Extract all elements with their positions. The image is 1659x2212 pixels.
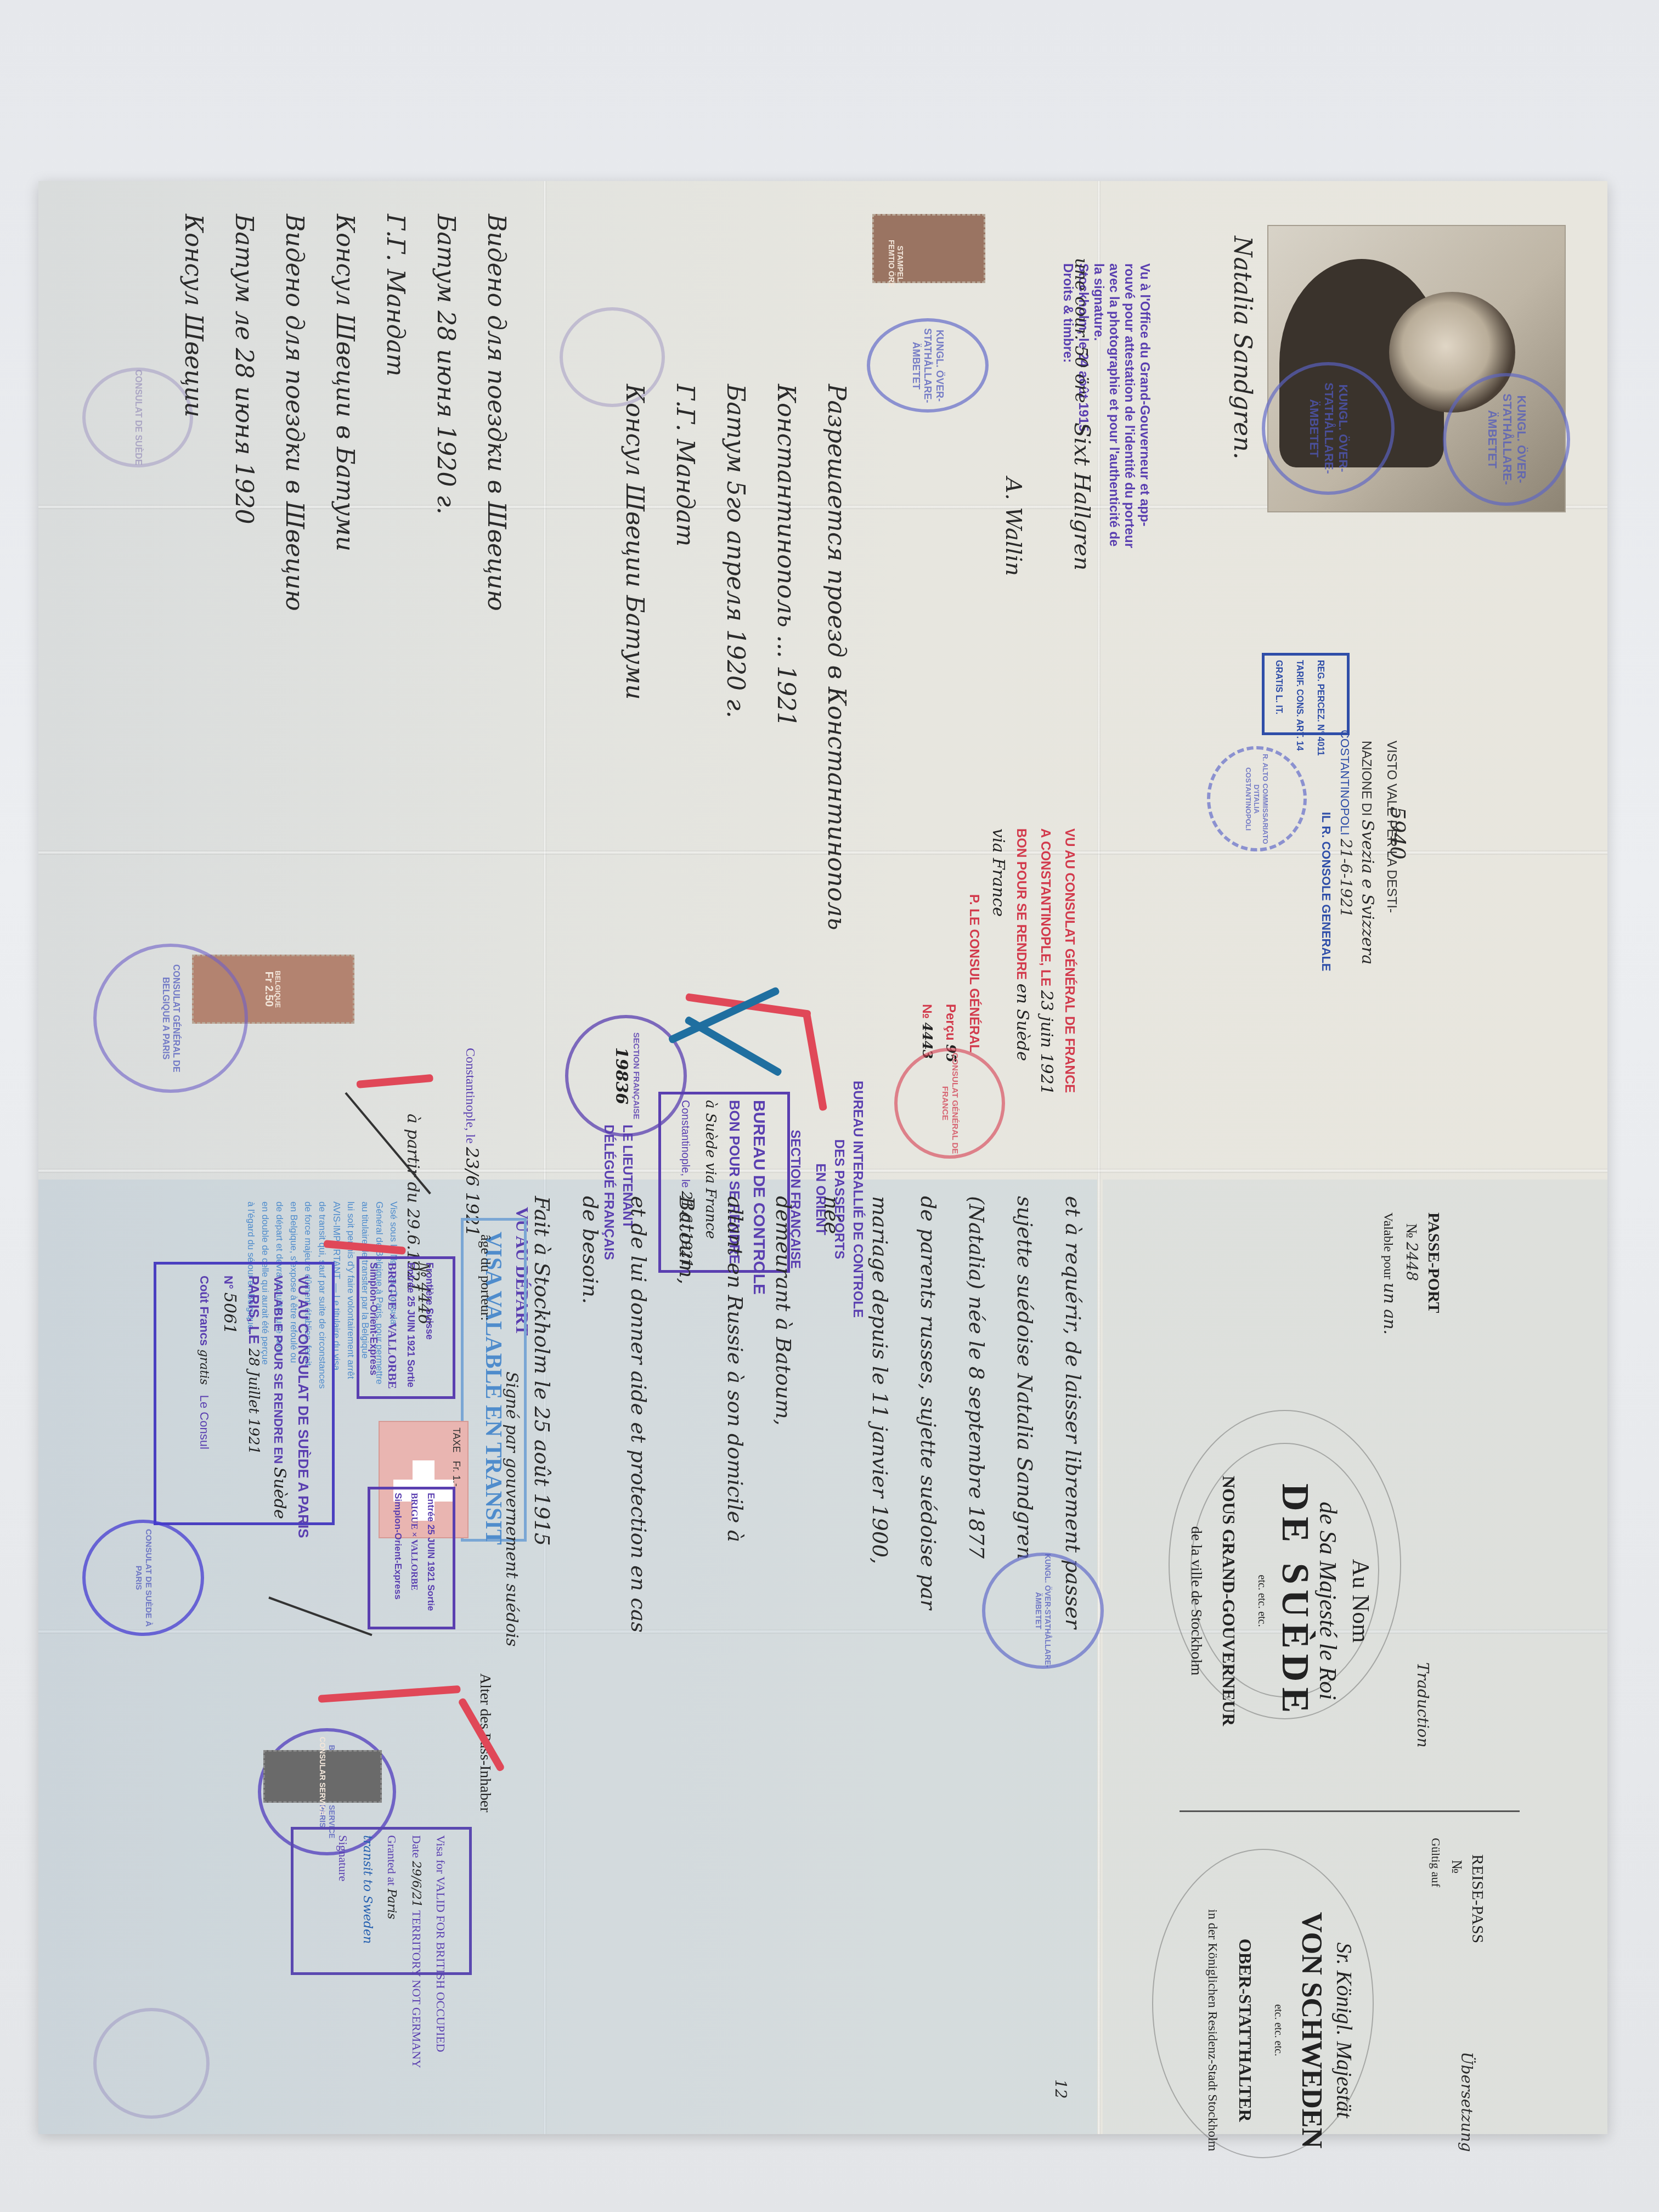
british-visa-purpose: transit to Sweden bbox=[355, 1835, 379, 2068]
divider-line bbox=[1180, 1810, 1520, 1812]
french-visa-line: VU AU CONSULAT GÉNÉRAL DE FRANCE bbox=[1058, 828, 1081, 1095]
note-line: Консул Швеции Батуми bbox=[609, 384, 659, 930]
body-line: mariage depuis le 11 janvier 1900, bbox=[856, 1196, 904, 1633]
bearer-age-label: âge du porteur: bbox=[477, 1234, 494, 1321]
red-pencil-mark bbox=[356, 1074, 433, 1088]
italian-visa-line-2: NAZIONE DI Svezia e Svizzera bbox=[1358, 741, 1377, 964]
note-line: Константинополь ... 1921 bbox=[760, 384, 811, 930]
office-stamp-line: avec la photographie et pour l'authentic… bbox=[1106, 263, 1121, 548]
signature-official-1: Sixt Hallgren bbox=[1069, 422, 1094, 571]
tax-stamp-title: TAXE bbox=[451, 1427, 462, 1453]
note-line: Г.Г. Мандат bbox=[370, 214, 420, 611]
cover-heading-line: Au Nom bbox=[1344, 1476, 1377, 1726]
cover-heading-line: de la ville de Stockholm bbox=[1180, 1476, 1212, 1726]
blue-pencil-mark bbox=[684, 1015, 783, 1077]
cover-heading-line: etc. etc. etc. bbox=[1245, 1476, 1278, 1726]
note-line: Консул Швеции в Батуми bbox=[319, 214, 370, 611]
note-line: Консул Швеции bbox=[168, 214, 218, 611]
british-visa-line: Granted at Paris bbox=[379, 1835, 404, 2068]
cover-heading-line: VON SCHWEDEN bbox=[1295, 1909, 1328, 2151]
note-line: Батум 5го апреля 1920 г. bbox=[710, 384, 760, 930]
cover-heading-line: in der Königlichen Residenz-Stadt Stockh… bbox=[1196, 1909, 1229, 2151]
handwritten-notes-left: Видено для поездки в Швецию Батум 28 июн… bbox=[168, 214, 521, 611]
consulate-line: VALABLE POUR SE RENDRE EN Suède bbox=[266, 1276, 291, 1538]
cover-de-valid: Gültig auf bbox=[1429, 1838, 1443, 1887]
italian-visa-place-label: COSTANTINOPOLI bbox=[1338, 730, 1352, 836]
seal-consulat-general-france: CONSULAT GÉNÉRAL DE FRANCE bbox=[894, 1048, 1005, 1159]
revenue-stamp-value: Fr 2.50 bbox=[264, 970, 273, 1008]
swiss-stamp-line: Simplon-Orient-Express bbox=[364, 1262, 383, 1389]
seal-consulat-suede-paris: CONSULAT DE SUÈDE À PARIS bbox=[82, 1520, 204, 1636]
cover-de-number: № bbox=[1448, 1860, 1465, 1874]
french-visa-line: BON POUR SE RENDRE en Suède bbox=[1009, 828, 1034, 1095]
swiss-stamp-line: Simplon-Orient-Express bbox=[390, 1493, 406, 1611]
italian-visa-consul: IL R. CONSOLE GENERALE bbox=[1319, 812, 1333, 972]
british-visa-signature-label: Signature bbox=[331, 1835, 355, 2068]
office-stamp-line: rouvé pour attestation de l'identité du … bbox=[1121, 263, 1137, 548]
italian-visa-fee-box: REG. PERCEZ. N° 4011 TARIF. CONS. ART. 1… bbox=[1262, 653, 1350, 735]
italian-visa-destination: Svezia e Svizzera bbox=[1358, 820, 1377, 964]
note-line: Разрешается проезд в Константинополь bbox=[811, 384, 861, 930]
note-line: Видено для поездки в Швецию bbox=[269, 214, 319, 611]
italian-visa-date: 21-6-1921 bbox=[1337, 839, 1355, 918]
swiss-stamp-line: Entrée 25 JUIN 1921 Sortie bbox=[422, 1493, 439, 1611]
handwritten-notes-center: Разрешается проезд в Константинополь Кон… bbox=[609, 384, 861, 930]
british-visa-line: Visa for VALID FOR BRITISH OCCUPIED bbox=[428, 1835, 453, 2068]
body-line: née bbox=[808, 1196, 856, 1633]
consulate-line: VU AU CONSULAT DE SUÈDE A PARIS bbox=[291, 1276, 315, 1538]
french-visa-line: via France bbox=[985, 828, 1009, 1095]
cover-fr-heading: Au Nom de Sa Majesté le Roi DE SUÈDE etc… bbox=[1180, 1476, 1377, 1726]
note-line: Батум 28 июня 1920 г. bbox=[420, 214, 471, 611]
cover-de-title: REISE-PASS bbox=[1468, 1854, 1487, 1943]
body-line: de parents russes, sujette suédoise par bbox=[904, 1196, 952, 1633]
seal-consulat-belgique-paris: CONSULAT GÉNÉRAL DE BELGIQUE A PARIS bbox=[93, 944, 248, 1093]
consular-service-stamp: CONSULAR SERVICE bbox=[263, 1750, 382, 1803]
cover-heading-line: de Sa Majesté le Roi bbox=[1311, 1476, 1344, 1726]
tax-stamp-value: Fr. 1.- bbox=[451, 1461, 462, 1487]
body-line: Fait à Stockholm le 25 août 1915 bbox=[518, 1196, 566, 1633]
british-visa-line: Date 29/6/21 TERRITORY NOT GERMANY bbox=[404, 1835, 428, 2068]
french-visa-line: A CONSTANTINOPLE, LE 23 juin 1921 bbox=[1034, 828, 1058, 1095]
seal-italian-commissariat: R. ALTO COMMISSARIATO D'ITALIA COSTANTIN… bbox=[1207, 746, 1307, 851]
swedish-consulate-paris-box: VU AU CONSULAT DE SUÈDE A PARIS VALABLE … bbox=[154, 1262, 335, 1525]
swiss-stamp-line: Frontière Suisse bbox=[420, 1262, 439, 1389]
belgian-visa-place: Constantinople, le 23/6 1921 bbox=[462, 1048, 483, 1237]
seal-faint-bottom bbox=[93, 2008, 210, 2119]
body-line: demeurant à Batoum, bbox=[759, 1196, 808, 1633]
cover-fr-valid: Valable pour un an. bbox=[1380, 1212, 1399, 1335]
passport-sheet: Natalia Sandgren. Vu à l'Office du Grand… bbox=[38, 181, 1607, 2134]
office-stamp-line: Vu à l'Office du Grand-Gouverneur et app… bbox=[1137, 263, 1152, 548]
seal-kungl-overstathallare: KUNGL. ÖVER-STATHÅLLARE-ÄMBETET bbox=[1262, 362, 1395, 495]
notice-line: lui soit permis d'y faire volontairement… bbox=[343, 1201, 358, 1389]
italian-visa-place: COSTANTINOPOLI 21-6-1921 bbox=[1337, 730, 1355, 917]
cover-fr-number: № 2448 bbox=[1402, 1223, 1421, 1281]
seal-kungl-overstathallare: KUNGL. ÖVER-STATHÅLLARE-ÄMBETET bbox=[982, 1553, 1104, 1669]
british-visa-box: Visa for VALID FOR BRITISH OCCUPIED Date… bbox=[291, 1827, 472, 1975]
cover-heading-line: etc. etc. etc. bbox=[1262, 1909, 1295, 2151]
closing-line: Signé par gouvernement suédois bbox=[502, 1372, 521, 1646]
fee-box-line: REG. PERCEZ. N° 4011 bbox=[1310, 660, 1330, 755]
swiss-entry-stamp-1: Frontière Suisse Entrée 25 JUIN 1921 Sor… bbox=[357, 1256, 455, 1399]
seal-kungl-overstathallare: KUNGL. ÖVER-STATHÅLLARE-ÄMBETET bbox=[1443, 373, 1570, 506]
note-line: Батум ле 28 июня 1920 bbox=[218, 214, 269, 611]
signature-official-2: A. Wallin bbox=[1001, 477, 1026, 576]
consulate-number: N° 5061 bbox=[216, 1276, 241, 1538]
fee-box-line: TARIF. CONS. ART. 14 bbox=[1289, 660, 1310, 755]
body-line: (Natalia) née le 8 septembre 1877 bbox=[952, 1196, 1001, 1633]
note-line: Г.Г. Мандат bbox=[659, 384, 710, 930]
swiss-stamp-line: BRIGUE × VALLORBE bbox=[406, 1493, 422, 1611]
body-line: de besoin. bbox=[566, 1196, 614, 1633]
body-line: et de lui donner aide et protection en c… bbox=[614, 1196, 663, 1633]
swiss-stamp-line: Entrée 25 JUIN 1921 Sortie bbox=[402, 1262, 420, 1389]
consulate-date: PARIS, LE 28 Juillet 1921 bbox=[241, 1276, 266, 1538]
italian-visa-line-1: VISTO VALE PER LA DESTI- bbox=[1384, 741, 1399, 913]
revenue-stamp-title: STAMPEL bbox=[896, 240, 905, 287]
corner-number: 12 bbox=[1052, 2079, 1070, 2099]
fee-box-line: GRATIS L. IT. bbox=[1268, 660, 1289, 755]
fee-note: une cour. 50 öre bbox=[1071, 258, 1092, 403]
cover-heading-line: OBER-STATTHALTER bbox=[1229, 1909, 1262, 2151]
body-line: Batoum, bbox=[663, 1196, 711, 1633]
consulate-fee: Coût Francs gratis Le Consul bbox=[191, 1276, 216, 1538]
swedish-revenue-stamp: STAMPEL FEMTIO ÖRE bbox=[872, 214, 985, 283]
cover-fr-title: PASSE-PORT bbox=[1424, 1212, 1443, 1313]
holder-signature: Natalia Sandgren. bbox=[1228, 236, 1256, 459]
cover-de-translation: Übersetzung bbox=[1458, 2052, 1476, 2152]
blue-pencil-mark bbox=[668, 986, 780, 1045]
swiss-stamp-line: BRIGUE × VALLORBE bbox=[383, 1262, 402, 1389]
cover-de-heading: Sr. Königl. Majestät VON SCHWEDEN etc. e… bbox=[1196, 1909, 1361, 2151]
cover-heading-line: DE SUÈDE bbox=[1278, 1476, 1311, 1726]
cover-fr-translation: Traduction bbox=[1414, 1662, 1432, 1748]
cover-heading-line: NOUS GRAND-GOUVERNEUR bbox=[1212, 1476, 1245, 1726]
body-line: allant en Russie à son domicile à bbox=[711, 1196, 759, 1633]
seal-interallied-bureau: SECTION FRANÇAISE 19836 bbox=[565, 1015, 687, 1137]
seal-kungl-overstathallare: KUNGL. ÖVER-STATHÅLLARE-ÄMBETET bbox=[867, 318, 989, 413]
revenue-stamp-value: FEMTIO ÖRE bbox=[887, 240, 896, 287]
swiss-entry-stamp-2: Entrée 25 JUIN 1921 Sortie BRIGUE × VALL… bbox=[368, 1487, 455, 1629]
cover-heading-line: Sr. Königl. Majestät bbox=[1328, 1909, 1361, 2151]
italian-visa-line-2-label: NAZIONE DI bbox=[1359, 741, 1374, 816]
note-line: Видено для поездки в Швецию bbox=[471, 214, 521, 611]
